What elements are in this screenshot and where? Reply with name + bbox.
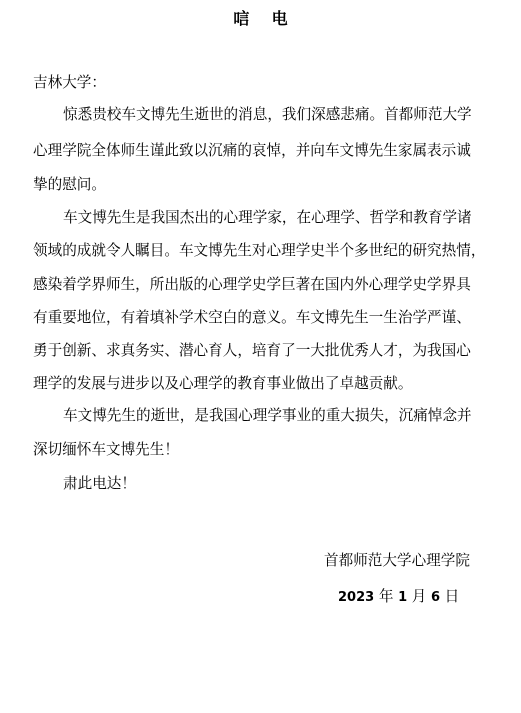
date-month-label: 月: [407, 588, 431, 605]
date: 2023 年 1 月 6 日: [338, 587, 459, 608]
date-month: 1: [398, 590, 407, 605]
closing-line: 肃此电达！: [63, 474, 136, 494]
document-title: 唁 电: [0, 6, 521, 29]
paragraph-2-line-5: 勇于创新、求真务实、潜心育人，培育了一大批优秀人才，为我国心: [33, 341, 471, 361]
signature: 首都师范大学心理学院: [324, 551, 470, 571]
date-year-label: 年: [374, 588, 398, 605]
paragraph-1-line-2: 心理学院全体师生谨此致以沉痛的哀悼，并向车文博先生家属表示诚: [33, 141, 471, 161]
paragraph-1-line-1: 惊悉贵校车文博先生逝世的消息，我们深感悲痛。首都师范大学: [63, 105, 472, 125]
paragraph-2-line-3: 感染着学界师生，所出版的心理学史学巨著在国内外心理学史学界具: [33, 275, 471, 295]
paragraph-3-line-1: 车文博先生的逝世，是我国心理学事业的重大损失，沉痛悼念并: [63, 406, 472, 426]
paragraph-2-line-6: 理学的发展与进步以及心理学的教育事业做出了卓越贡献。: [33, 374, 412, 394]
paragraph-2-line-2: 领域的成就令人瞩目。车文博先生对心理学史半个多世纪的研究热情，: [33, 241, 485, 261]
date-day: 6: [431, 590, 440, 605]
paragraph-1-line-3: 挚的慰问。: [33, 175, 106, 195]
paragraph-2-line-1: 车文博先生是我国杰出的心理学家，在心理学、哲学和教育学诸: [63, 208, 472, 228]
salutation: 吉林大学：: [33, 73, 106, 93]
paragraph-3-line-2: 深切缅怀车文博先生！: [33, 440, 179, 460]
paragraph-2-line-4: 有重要地位，有着填补学术空白的意义。车文博先生一生治学严谨、: [33, 308, 471, 328]
date-year: 2023: [338, 590, 374, 605]
date-day-label: 日: [440, 588, 459, 605]
